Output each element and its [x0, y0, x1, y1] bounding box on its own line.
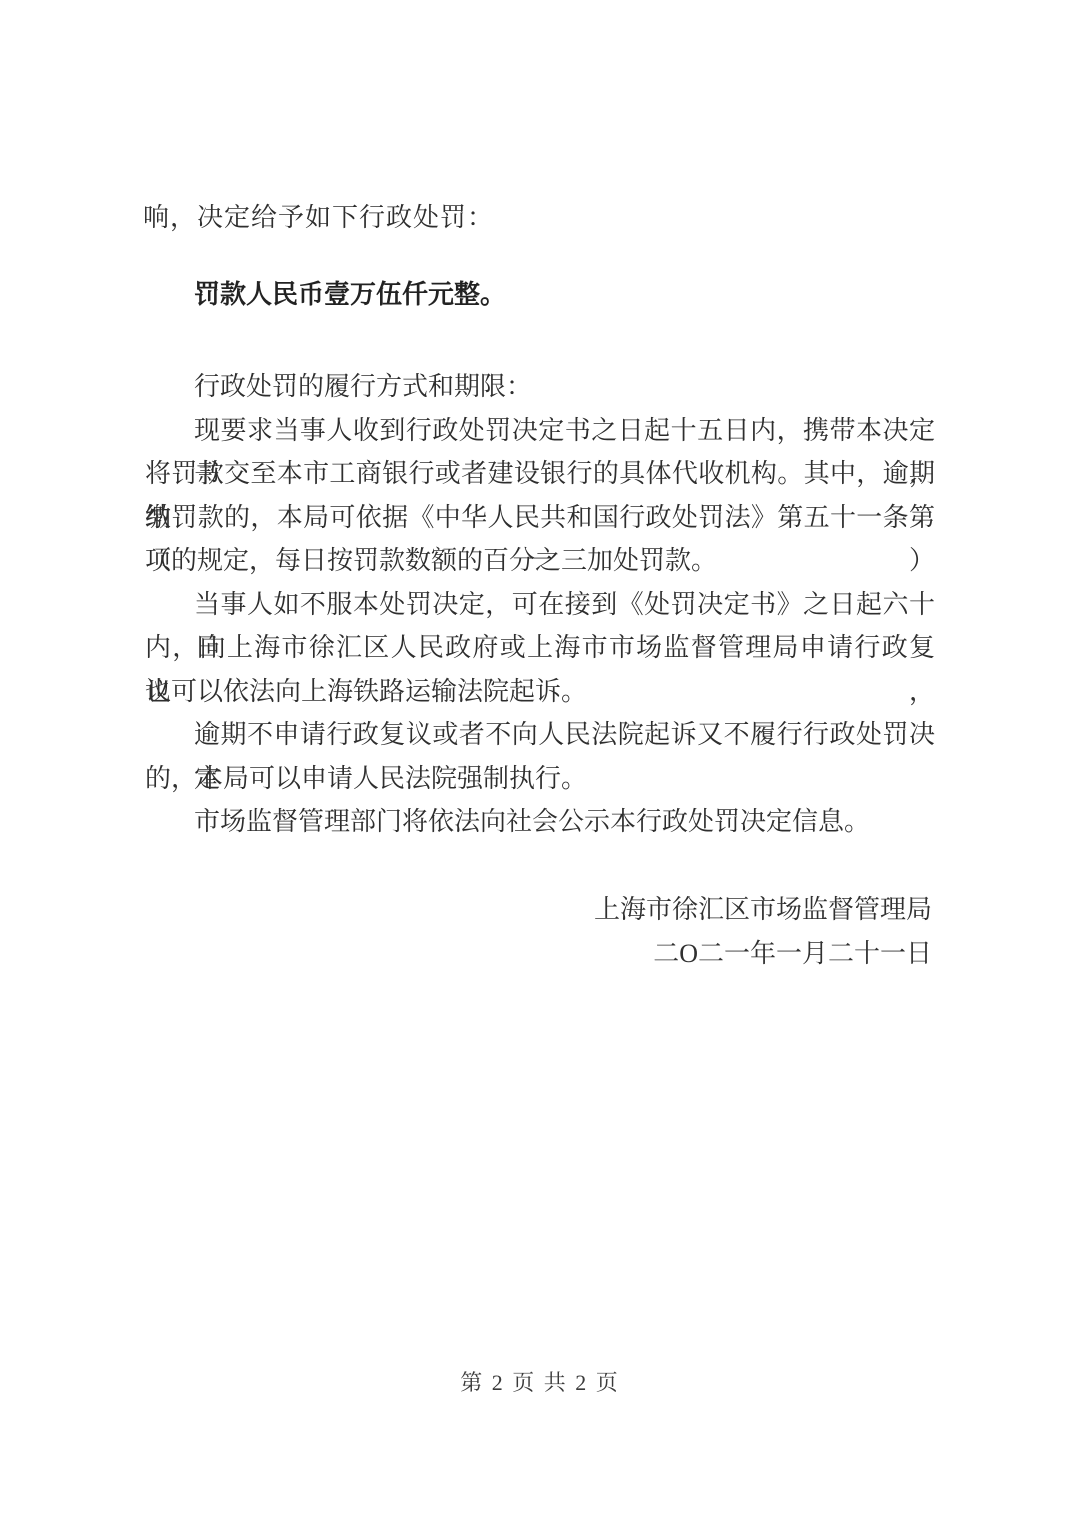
document-body: 行政处罚的履行方式和期限： 现要求当事人收到行政处罚决定书之日起十五日内，携带本…	[145, 365, 935, 844]
body-line: 将罚款交至本市工商银行或者建设银行的具体代收机构。其中，逾期缴	[145, 452, 935, 496]
signature-organization: 上海市徐汇区市场监督管理局	[594, 888, 932, 932]
body-line: 现要求当事人收到行政处罚决定书之日起十五日内，携带本决定书，	[145, 409, 935, 453]
signature-date: 二O二一年一月二十一日	[594, 932, 932, 976]
body-line: 内，向上海市徐汇区人民政府或上海市市场监督管理局申请行政复议，	[145, 626, 935, 670]
body-line: 逾期不申请行政复议或者不向人民法院起诉又不履行行政处罚决定	[145, 713, 935, 757]
body-line-heading: 行政处罚的履行方式和期限：	[145, 365, 935, 409]
signature-block: 上海市徐汇区市场监督管理局 二O二一年一月二十一日	[594, 888, 932, 976]
penalty-amount-line: 罚款人民币壹万伍仟元整。	[194, 273, 506, 317]
body-line: 的，本局可以申请人民法院强制执行。	[145, 757, 935, 801]
body-line: 当事人如不服本处罚决定，可在接到《处罚决定书》之日起六十日	[145, 583, 935, 627]
intro-line: 响，决定给予如下行政处罚：	[143, 196, 494, 240]
body-line: 市场监督管理部门将依法向社会公示本行政处罚决定信息。	[145, 800, 935, 844]
page-number-footer: 第 2 页 共 2 页	[0, 1368, 1080, 1398]
body-line: 纳罚款的，本局可依据《中华人民共和国行政处罚法》第五十一条第（一）	[145, 496, 935, 540]
document-page: 响，决定给予如下行政处罚： 罚款人民币壹万伍仟元整。 行政处罚的履行方式和期限：…	[0, 0, 1080, 1527]
